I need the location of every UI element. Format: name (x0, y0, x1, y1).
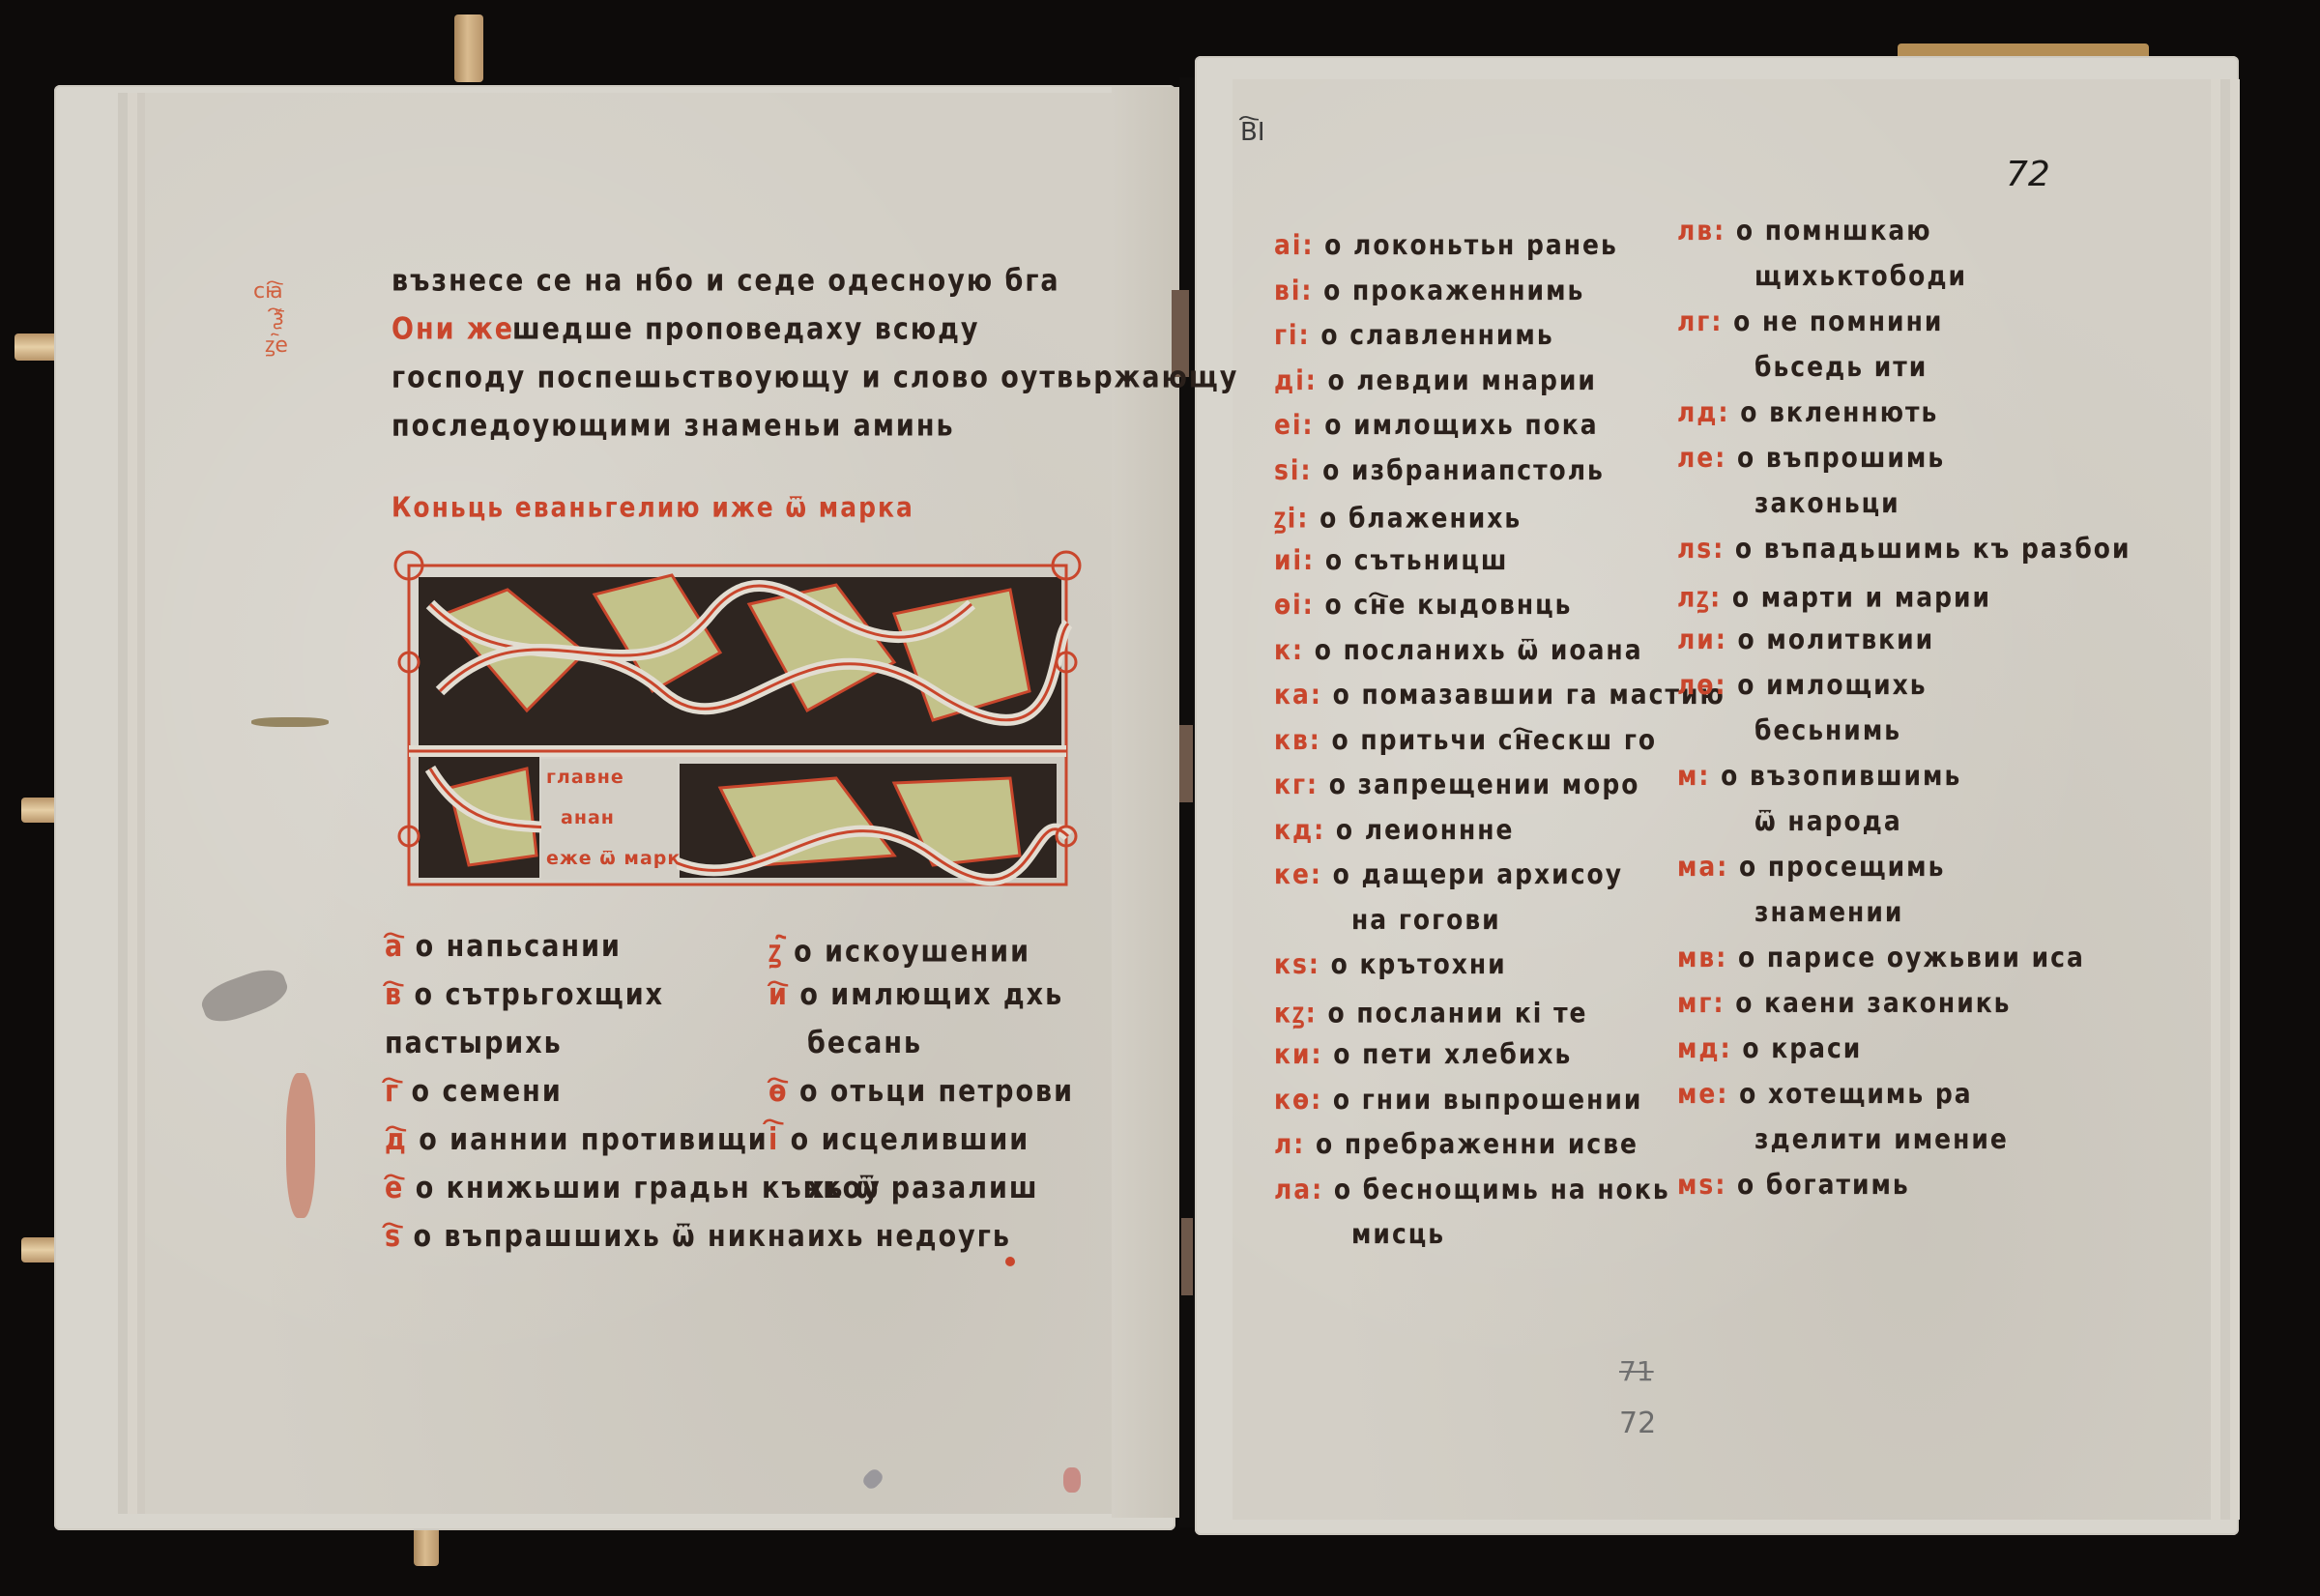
item-number: и҇ (768, 977, 789, 1012)
interlace-ornament: главне анан еже ѿ марк (391, 546, 1087, 889)
list-item: ѿ народа (1677, 804, 2141, 856)
margin-note-line: ꙁ҇е (253, 333, 288, 360)
item-text: о въпрошимь (1737, 441, 1945, 473)
list-item: мв: о парисе оужьвии иса (1677, 941, 2141, 993)
list-item: мисць (1274, 1218, 1690, 1269)
item-number: ꙁі: (1274, 502, 1309, 534)
item-text: о имлощихь пока (1324, 409, 1598, 441)
item-number: ке: (1274, 858, 1322, 890)
list-item: кѕ: о крътохни (1274, 948, 1690, 1000)
item-text: знамении (1754, 895, 1903, 927)
item-text: о възопившимь (1721, 759, 1961, 791)
list-item: лѕ: о въпадьшимь къ разбои (1677, 532, 2141, 584)
list-item: кѳ: о гнии выпрошении (1274, 1083, 1690, 1134)
item-text: о послании кі те (1327, 996, 1587, 1028)
item-text: о семени (412, 1074, 563, 1109)
text-line-4: последоующими знаменьи аминь (391, 409, 955, 444)
interlace-ornament-svg (391, 546, 1087, 889)
item-number: ме: (1677, 1077, 1728, 1109)
item-text: бьседь ити (1754, 350, 1928, 382)
left-chapter-list-col1: а҇ о напьсании в҇ о сътрьгохщих пастырих… (385, 933, 771, 1271)
item-text: о помншкаю (1736, 214, 1932, 246)
item-text: о пети хлебихь (1333, 1038, 1572, 1070)
list-item: ихь недоугь (768, 1219, 1116, 1275)
rubric-initial: Они же (391, 312, 514, 347)
list-item: еі: о имлощихь пока (1274, 409, 1690, 460)
right-chapter-list-col2: лв: о помншкающихьктободилг: о не помнин… (1677, 218, 2141, 1217)
list-item: і҇ о исцелившии (768, 1122, 1116, 1178)
list-item: ме: о хотещимь ра (1677, 1077, 2141, 1129)
ornament-text-3: еже ѿ марк (546, 848, 681, 869)
item-number: ѳ҇ (768, 1074, 789, 1109)
list-item: ке: о дащери архисоу (1274, 858, 1690, 910)
pencil-folio-new: 72 (1619, 1407, 1656, 1440)
list-item: лꙁ: о марти и марии (1677, 577, 2141, 629)
list-item: ѕ҇ о въпрашшихь ѿ никна (385, 1219, 771, 1275)
list-item: лв: о помншкаю (1677, 214, 2141, 266)
wooden-peg-top (454, 15, 483, 82)
item-text: о сн҇е кыдовнць (1324, 589, 1572, 621)
list-item: д҇ о ианнии противищи (385, 1122, 771, 1178)
stain-red (286, 1073, 315, 1218)
item-text: законьци (1754, 486, 1900, 518)
item-number: лꙁ: (1677, 581, 1722, 613)
item-text: щихьктободи (1754, 259, 1967, 291)
spine-tab-2 (1179, 725, 1193, 802)
item-text: ихь недоугь (807, 1219, 1011, 1254)
item-text: о сътьницш (1325, 543, 1509, 575)
ornament-text-2: анан (561, 807, 615, 828)
item-number: мд: (1677, 1031, 1732, 1063)
item-text: о имлющих дхь (799, 977, 1063, 1012)
red-dot (1005, 1257, 1015, 1266)
stain-red-small (1063, 1467, 1081, 1493)
left-chapter-list-col2: ꙁ҇ о искоушении и҇ о имлющих дхь бесань … (768, 933, 1116, 1271)
list-item: бесань (768, 1026, 1116, 1082)
stain-brown (251, 717, 329, 727)
list-item: ка: о помазавшии га мастию (1274, 679, 1690, 730)
list-item: на гогови (1274, 903, 1690, 954)
item-text: о дащери архисоу (1333, 858, 1623, 890)
spine-tab-3 (1181, 1218, 1193, 1295)
item-text: о въпрашшихь ѿ никна (413, 1219, 806, 1254)
list-item: мѕ: о богатимь (1677, 1168, 2141, 1220)
item-text: о ианнии противищи (419, 1122, 768, 1157)
list-item: лг: о не помнини (1677, 305, 2141, 357)
list-item: ѕі: о избраниапстоль (1274, 453, 1690, 505)
list-item: кꙁ: о послании кі те (1274, 993, 1690, 1044)
list-item: м: о възопившимь (1677, 759, 2141, 811)
item-text: о гнии выпрошении (1333, 1083, 1643, 1115)
item-number: ма: (1677, 850, 1728, 882)
item-number: м: (1677, 759, 1710, 791)
item-number: к: (1274, 633, 1304, 665)
list-item: иі: о сътьницш (1274, 543, 1690, 595)
item-number: еі: (1274, 409, 1315, 441)
list-item: законьци (1677, 486, 2141, 538)
item-number: лв: (1677, 214, 1725, 246)
list-item: бьседь ити (1677, 350, 2141, 402)
item-text: бесань (807, 1026, 922, 1060)
list-item: ві: о прокаженнимь (1274, 274, 1690, 325)
item-number: д҇ (385, 1122, 408, 1157)
item-number: ки: (1274, 1038, 1322, 1070)
pencil-folio-old: 71 (1619, 1355, 1654, 1387)
list-item: ді: о левдии мнарии (1274, 363, 1690, 415)
item-text: о отьци петрови (799, 1074, 1074, 1109)
ornament-text-1: главне (546, 767, 624, 788)
item-number: иі: (1274, 543, 1315, 575)
item-number: ли: (1677, 623, 1727, 654)
item-text: о каени законикь (1735, 986, 2011, 1018)
item-text: на гогови (1351, 903, 1501, 935)
item-text: о просещимь (1739, 850, 1945, 882)
list-item: зделити имение (1677, 1122, 2141, 1175)
item-number: і҇ (768, 1122, 779, 1157)
item-text: о избраниапстоль (1322, 453, 1605, 485)
item-number: кг: (1274, 769, 1319, 800)
list-item: бесьнимь (1677, 713, 2141, 766)
list-item: в҇ о сътрьгохщих (385, 977, 771, 1033)
list-item: лд: о вкленнють (1677, 395, 2141, 448)
item-text: о молитвкии (1738, 623, 1935, 654)
item-text: о богатимь (1737, 1168, 1910, 1200)
text-line-3: господу поспешьствоующу и слово оутвьржа… (391, 361, 1238, 395)
item-text: о не помнини (1733, 305, 1943, 336)
margin-note-line: сꙗ҇ (253, 278, 288, 305)
text-line-2: Они же (391, 312, 514, 347)
list-item: е҇ о книжьшии градьн кънкоу (385, 1171, 771, 1227)
item-number: лг: (1677, 305, 1723, 336)
list-item: л: о пребраженни исве (1274, 1128, 1690, 1179)
list-item: ѳі: о сн҇е кыдовнць (1274, 589, 1690, 640)
item-number: в҇ (385, 977, 403, 1012)
item-number: лд: (1677, 395, 1730, 427)
right-chapter-list-col1: аі: о локоньтьн ранеьві: о прокаженнимьг… (1274, 232, 1690, 1266)
list-item: кд: о леионнне (1274, 813, 1690, 864)
item-number: ка: (1274, 679, 1322, 711)
item-number: ꙁ҇ (768, 935, 783, 970)
folio-number: 72 (2006, 155, 2050, 194)
text-line-1: възнесе се на нбо и седе одесноую бга (391, 264, 1060, 299)
list-item: щихьктободи (1677, 259, 2141, 311)
item-text: о притьчи сн҇ескш го (1332, 723, 1658, 755)
item-text: о хотещимь ра (1739, 1077, 1973, 1109)
item-text: ѿ народа (1754, 804, 1902, 836)
item-text: о посланихь ѿ иоана (1315, 633, 1643, 665)
list-item: пастырихь (385, 1026, 771, 1082)
list-item: лѳ: о имлощихь (1677, 668, 2141, 720)
item-text: о леионнне (1336, 813, 1515, 845)
item-text: о беснощимь на нокь (1334, 1173, 1670, 1204)
list-item: кг: о запрещении моро (1274, 769, 1690, 820)
item-number: г҇ (385, 1074, 400, 1109)
item-number: кв: (1274, 723, 1321, 755)
item-text: о запрещении моро (1329, 769, 1640, 800)
ornament-heading: Коньць еваньгелию иже ѿ марка (391, 491, 914, 523)
item-text: о локоньтьн ранеь (1324, 229, 1618, 261)
item-text: о славленнимь (1320, 319, 1553, 351)
left-page-gutter (1112, 87, 1179, 1518)
item-number: аі: (1274, 229, 1314, 261)
item-text: о искоушении (794, 935, 1030, 970)
corner-mark: В҇І (1240, 118, 1265, 147)
item-number: кꙁ: (1274, 996, 1318, 1028)
item-number: ѳі: (1274, 589, 1315, 621)
item-number: лѳ: (1677, 668, 1726, 700)
list-item: ѳ҇ о отьци петрови (768, 1074, 1116, 1130)
list-item: ꙁ҇ о искоушении (768, 929, 1116, 985)
list-item: кв: о притьчи сн҇ескш го (1274, 723, 1690, 774)
item-number: гі: (1274, 319, 1311, 351)
list-item: и҇ о имлющих дхь (768, 977, 1116, 1033)
item-text: о сътрьгохщих (415, 977, 665, 1012)
item-text: пастырихь (385, 1026, 563, 1060)
text-line-2-rest: шедше проповедаху всюду (512, 312, 980, 347)
list-item: ꙁі: о блаженихь (1274, 499, 1690, 550)
item-number: ле: (1677, 441, 1726, 473)
wooden-peg-bottom (414, 1525, 439, 1566)
list-item: ма: о просещимь (1677, 850, 2141, 902)
item-number: ѕі: (1274, 453, 1312, 485)
item-number: ѕ҇ (385, 1219, 402, 1254)
item-number: лѕ: (1677, 532, 1725, 564)
item-number: ді: (1274, 363, 1318, 395)
list-item: хь ѿ разалиш (768, 1171, 1116, 1227)
list-item: аі: о локоньтьн ранеь (1274, 229, 1690, 280)
item-text: о марти и марии (1732, 581, 1991, 613)
margin-note: сꙗ҇ ѯ҇ ꙁ҇е (253, 278, 288, 360)
list-item: ле: о въпрошимь (1677, 441, 2141, 493)
list-item: гі: о славленнимь (1274, 319, 1690, 370)
list-item: мг: о каени законикь (1677, 986, 2141, 1038)
item-number: а҇ (385, 929, 404, 964)
margin-note-line: ѯ҇ (253, 305, 288, 333)
item-number: кѕ: (1274, 948, 1320, 980)
item-text: о парисе оужьвии иса (1738, 941, 2085, 972)
item-text: бесьнимь (1754, 713, 1901, 745)
item-number: мг: (1677, 986, 1725, 1018)
list-item: мд: о краси (1677, 1031, 2141, 1084)
item-text: о прокаженнимь (1323, 274, 1584, 305)
item-number: е҇ (385, 1171, 404, 1205)
item-text: зделити имение (1754, 1122, 2009, 1154)
item-text: о крътохни (1331, 948, 1507, 980)
item-text: мисць (1351, 1218, 1445, 1250)
item-number: л: (1274, 1128, 1305, 1160)
item-text: о пребраженни исве (1316, 1128, 1638, 1160)
item-text: о левдии мнарии (1327, 363, 1596, 395)
item-number: кѳ: (1274, 1083, 1322, 1115)
item-text: о исцелившии (791, 1122, 1030, 1157)
item-number: кд: (1274, 813, 1325, 845)
list-item: а҇ о напьсании (385, 929, 771, 985)
item-number: ві: (1274, 274, 1313, 305)
item-text: о краси (1742, 1031, 1862, 1063)
item-text: о въпадьшимь къ разбои (1735, 532, 2131, 564)
list-item: ла: о беснощимь на нокь (1274, 1173, 1690, 1224)
list-item: ки: о пети хлебихь (1274, 1038, 1690, 1089)
item-number: мѕ: (1677, 1168, 1726, 1200)
item-number: мв: (1677, 941, 1727, 972)
item-text: о вкленнють (1740, 395, 1938, 427)
list-item: ли: о молитвкии (1677, 623, 2141, 675)
item-text: хь ѿ разалиш (807, 1171, 1039, 1205)
list-item: г҇ о семени (385, 1074, 771, 1130)
item-text: о блаженихь (1319, 502, 1522, 534)
item-text: о помазавшии га мастию (1333, 679, 1725, 711)
item-text: о напьсании (416, 929, 622, 964)
list-item: знамении (1677, 895, 2141, 947)
item-text: о имлощихь (1737, 668, 1927, 700)
list-item: к: о посланихь ѿ иоана (1274, 633, 1690, 684)
item-number: ла: (1274, 1173, 1323, 1204)
